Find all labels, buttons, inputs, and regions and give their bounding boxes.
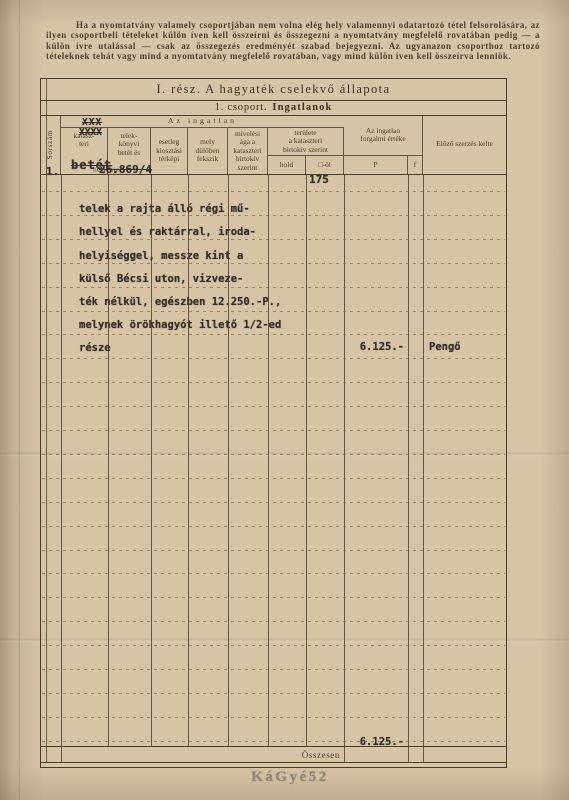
row-rule: [42, 334, 505, 335]
typed-parcel-number: 26.869/4: [99, 163, 152, 176]
typed-row-number: 1.: [46, 165, 59, 178]
row-rule: [42, 526, 505, 527]
row-rule: [42, 311, 505, 312]
col-header-duloben: mely dülőben fekszik: [188, 128, 228, 174]
column-rule: [188, 174, 189, 746]
row-rule: [42, 287, 505, 288]
summary-column-rule: [61, 746, 62, 762]
row-rule: [42, 478, 505, 479]
col-header-kiosztasi: esetleg kiosztási térképi: [151, 128, 188, 174]
column-rule: [151, 174, 152, 746]
inner-left-rule: [46, 79, 47, 762]
typed-line: telek a rajta álló régi mű-: [79, 203, 250, 215]
row-rule: [42, 215, 505, 216]
row-rule: [42, 621, 505, 622]
row-rule: [42, 597, 505, 598]
column-rule: [344, 174, 345, 746]
col-header-forgalmi-ertek: Az ingatlan forgalmi értéke: [344, 115, 423, 156]
typed-line: része: [79, 342, 111, 354]
summary-label: Összesen: [241, 750, 340, 760]
column-rule: [306, 174, 307, 746]
row-rule: [42, 645, 505, 646]
col-header-hold: hold: [268, 156, 306, 174]
group-title-prefix: 1. csoport.: [215, 102, 268, 113]
summary-top-rule: [41, 746, 506, 747]
column-rule: [108, 174, 109, 746]
row-rule: [42, 358, 505, 359]
row-rule: [42, 502, 505, 503]
typed-line: külső Bécsi uton, vizveze-: [79, 273, 243, 285]
row-rule: [42, 573, 505, 574]
typed-value-pengo: 6.125.-: [348, 341, 404, 353]
group-title: 1. csoport.Ingatlanok: [41, 100, 506, 116]
col-header-elozo-szerzes: Előző szerzés kelte: [423, 115, 506, 174]
estate-form-table: I. rész. A hagyaték cselekvő állapota 1.…: [40, 78, 507, 768]
summary-column-rule: [423, 746, 424, 762]
row-rule: [42, 741, 505, 742]
fold-crease-vertical: [18, 0, 22, 800]
typed-total-value: 6.125.-: [348, 736, 404, 748]
row-rule: [42, 550, 505, 551]
summary-column-rule: [408, 746, 409, 762]
summary-column-rule: [344, 746, 345, 762]
row-rule: [42, 669, 505, 670]
column-rule: [228, 174, 229, 746]
col-header-negyszogol: □-öl: [306, 156, 344, 174]
intro-paragraph: Ha a nyomtatvány valamely csoportjában n…: [46, 20, 540, 62]
form-imprint: KáGyé52: [205, 769, 375, 786]
row-rule: [42, 430, 505, 431]
row-rule: [42, 382, 505, 383]
group-title-name: Ingatlanok: [272, 102, 332, 113]
typed-line: ték nélkül, egészben 12.250.-P.,: [79, 296, 281, 308]
row-rule: [42, 191, 505, 192]
typed-line: helyiséggel, messze kint a: [79, 250, 243, 262]
col-header-az-ingatlan: Az ingatlan: [61, 115, 344, 128]
column-rule: [423, 174, 424, 746]
row-rule: [42, 406, 505, 407]
row-rule: [42, 693, 505, 694]
typed-currency: Pengő: [429, 341, 461, 353]
summary-bottom-rule: [41, 762, 506, 763]
col-header-pengo: P: [344, 156, 408, 174]
column-rule: [61, 174, 62, 746]
column-rule: [268, 174, 269, 746]
typed-cross-marks-2: XXXX: [79, 127, 102, 138]
col-header-filler: f: [408, 156, 423, 174]
row-rule: [42, 717, 505, 718]
col-header-muvelesi: mívelési ága a kataszteri birtokív szeri…: [228, 128, 268, 174]
typed-line: melynek örökhagyót illető 1/2-ed: [79, 319, 281, 331]
row-rule: [42, 454, 505, 455]
typed-area-ol: 175: [309, 173, 329, 186]
row-rule: [42, 239, 505, 240]
part-title: I. rész. A hagyaték cselekvő állapota: [41, 79, 506, 101]
row-rule: [42, 263, 505, 264]
col-header-terulete: területe a kataszteri birtokív szerint: [268, 128, 344, 156]
column-rule: [408, 174, 409, 746]
typed-line: hellyel és raktárral, iroda-: [79, 226, 256, 238]
